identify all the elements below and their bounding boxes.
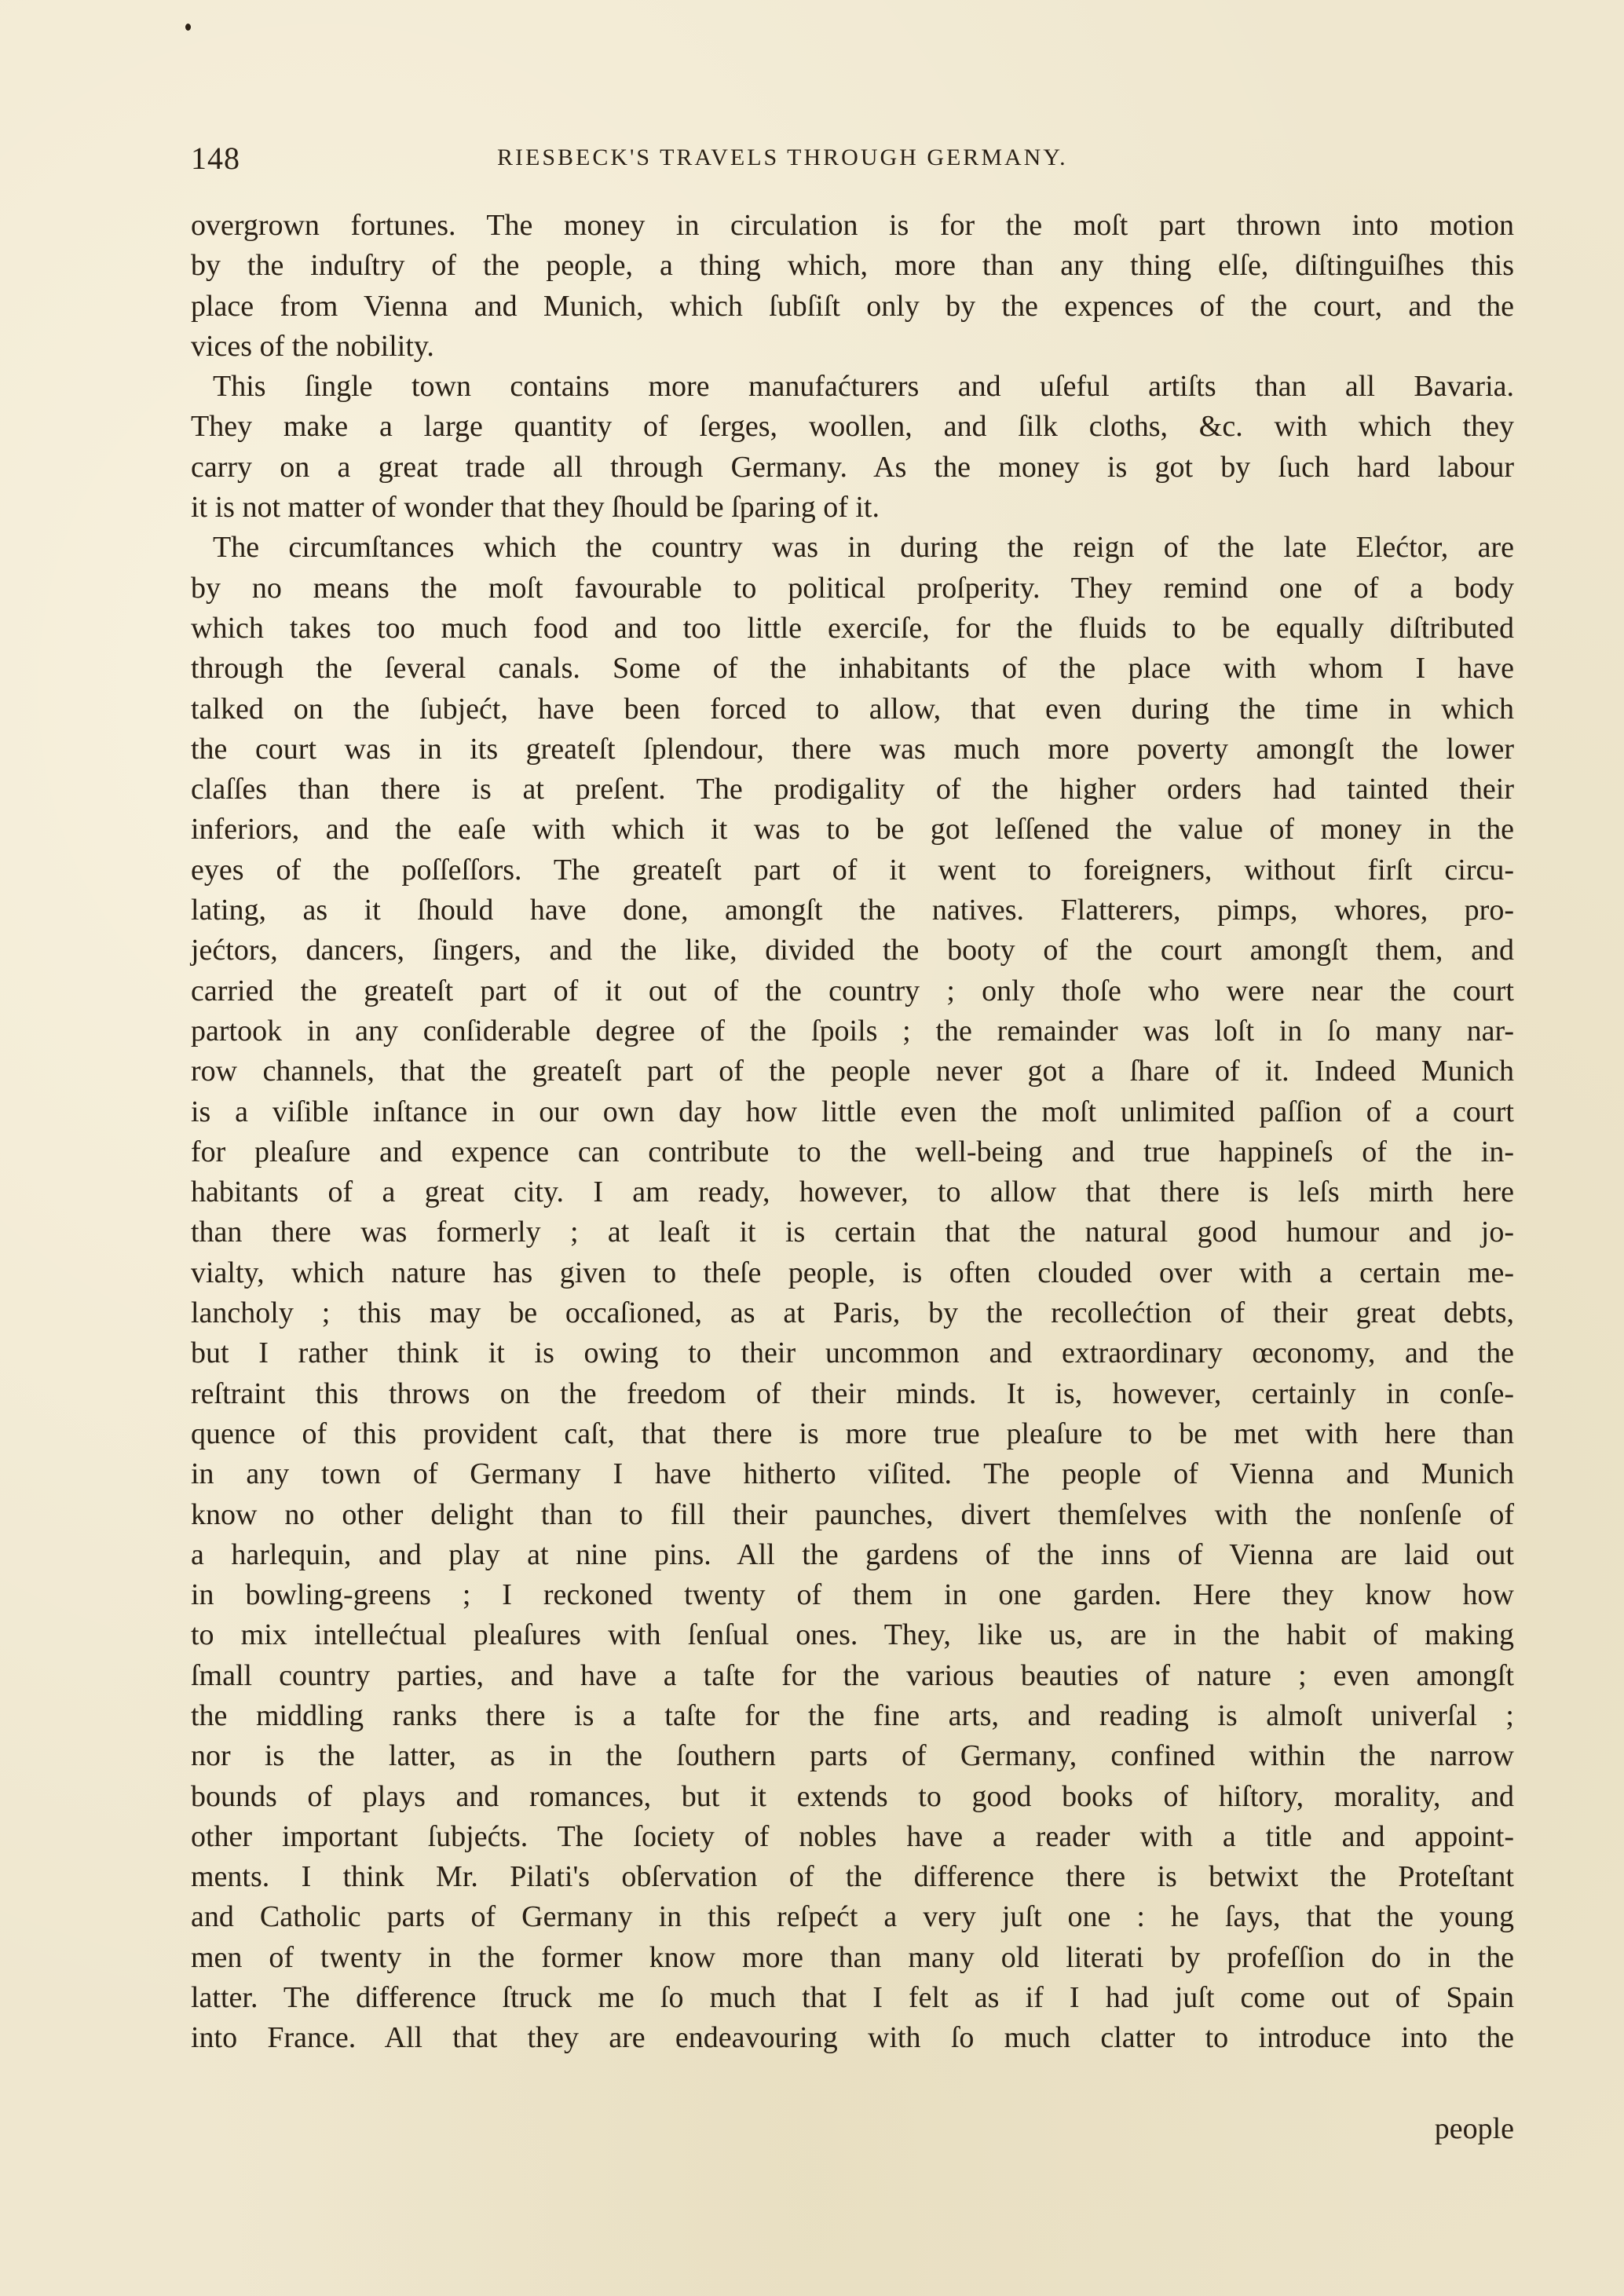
text-line: carried the greateſt part of it out of t… — [191, 971, 1514, 1011]
text-line: men of twenty in the former know more th… — [191, 1938, 1514, 1978]
text-line: is a viſible inſtance in our own day how… — [191, 1092, 1514, 1132]
text-line: and Catholic parts of Germany in this re… — [191, 1897, 1514, 1937]
text-line: place from Vienna and Munich, which ſubſ… — [191, 287, 1514, 327]
text-line: by no means the moſt favourable to polit… — [191, 569, 1514, 609]
text-line: but I rather think it is owing to their … — [191, 1333, 1514, 1373]
ink-speck-mark — [185, 24, 191, 31]
paragraph: The circumſtances which the country was … — [191, 528, 1514, 2058]
text-line: to mix intellećtual pleaſures with ſenſu… — [191, 1615, 1514, 1655]
text-line: nor is the latter, as in the ſouthern pa… — [191, 1736, 1514, 1776]
text-line: This ſingle town contains more manufaćtu… — [191, 367, 1514, 407]
text-line: partook in any conſiderable degree of th… — [191, 1011, 1514, 1051]
text-line: habitants of a great city. I am ready, h… — [191, 1172, 1514, 1212]
text-line: carry on a great trade all through Germa… — [191, 448, 1514, 488]
text-line: know no other delight than to fill their… — [191, 1495, 1514, 1535]
text-line: the court was in its greateſt ſplendour,… — [191, 729, 1514, 770]
text-line: They make a large quantity of ſerges, wo… — [191, 407, 1514, 447]
text-line: a harlequin, and play at nine pins. All … — [191, 1535, 1514, 1575]
text-line: ſmall country parties, and have a taſte … — [191, 1656, 1514, 1696]
text-line: bounds of plays and romances, but it ext… — [191, 1777, 1514, 1817]
paragraph: overgrown fortunes. The money in circula… — [191, 206, 1514, 367]
text-line: overgrown fortunes. The money in circula… — [191, 206, 1514, 246]
text-line: for pleaſure and expence can contribute … — [191, 1132, 1514, 1172]
text-line: claſſes than there is at preſent. The pr… — [191, 770, 1514, 810]
text-line: vialty, which nature has given to theſe … — [191, 1253, 1514, 1293]
text-line: it is not matter of wonder that they ſho… — [191, 488, 1514, 528]
text-line: latter. The difference ſtruck me ſo much… — [191, 1978, 1514, 2018]
text-line: than there was formerly ; at leaſt it is… — [191, 1212, 1514, 1252]
running-head: 148 RIESBECK'S TRAVELS THROUGH GERMANY. — [191, 140, 1514, 174]
text-line: by the induſtry of the people, a thing w… — [191, 246, 1514, 286]
text-line: jećtors, dancers, ſingers, and the like,… — [191, 930, 1514, 971]
text-line: in any town of Germany I have hitherto v… — [191, 1454, 1514, 1494]
text-line: other important ſubjećts. The ſociety of… — [191, 1817, 1514, 1857]
text-line: which takes too much food and too little… — [191, 609, 1514, 649]
text-line: vices of the nobility. — [191, 327, 1514, 367]
text-line: row channels, that the greateſt part of … — [191, 1051, 1514, 1091]
text-line: quence of this provident caſt, that ther… — [191, 1414, 1514, 1454]
text-line: the middling ranks there is a taſte for … — [191, 1696, 1514, 1736]
text-line: into France. All that they are endeavour… — [191, 2018, 1514, 2058]
text-line: eyes of the poſſeſſors. The greateſt par… — [191, 850, 1514, 890]
text-line: inferiors, and the eaſe with which it wa… — [191, 810, 1514, 850]
body-text: overgrown fortunes. The money in circula… — [191, 206, 1514, 2059]
text-line: through the ſeveral canals. Some of the … — [191, 649, 1514, 689]
text-line: lancholy ; this may be occaſioned, as at… — [191, 1293, 1514, 1333]
text-line: in bowling-greens ; I reckoned twenty of… — [191, 1575, 1514, 1615]
catchword: people — [1435, 2109, 1514, 2149]
text-line: lating, as it ſhould have done, amongſt … — [191, 890, 1514, 930]
text-line: ments. I think Mr. Pilati's obſervation … — [191, 1857, 1514, 1897]
page-number: 148 — [191, 140, 240, 177]
text-line: talked on the ſubjećt, have been forced … — [191, 689, 1514, 729]
book-page: 148 RIESBECK'S TRAVELS THROUGH GERMANY. … — [0, 0, 1624, 2296]
paragraph: This ſingle town contains more manufaćtu… — [191, 367, 1514, 528]
text-line: reſtraint this throws on the freedom of … — [191, 1374, 1514, 1414]
running-title: RIESBECK'S TRAVELS THROUGH GERMANY. — [497, 144, 1068, 171]
text-line: The circumſtances which the country was … — [191, 528, 1514, 568]
